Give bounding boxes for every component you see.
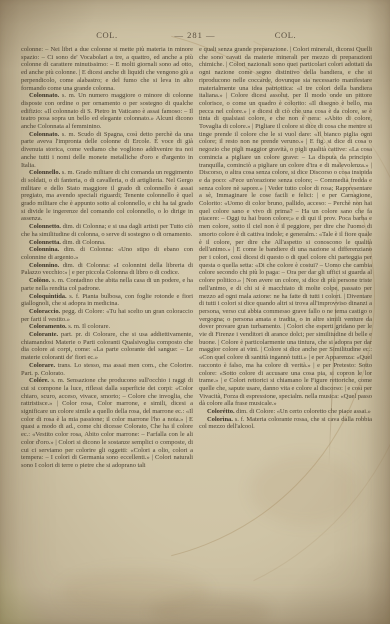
page-header: COL. — 281 — COL. xyxy=(0,30,390,42)
dictionary-entry: Colonnello. s. m. Grado militare di chi … xyxy=(21,169,193,223)
dictionary-entry: Coloramento. s. m. Il colorare. xyxy=(21,323,193,331)
dictionary-entry: Coloquìntida. s. f. Pianta bulbosa, con … xyxy=(21,293,193,308)
left-text-column: colonne: – Nei libri a due colonne si me… xyxy=(21,46,193,470)
dictionary-entry: Coloraccio. pegg. di Colore: «Tu hai sce… xyxy=(21,308,193,323)
dictionary-entry: Colonnina. dim. di Colonna: «Uno stipo d… xyxy=(21,246,193,261)
dictionary-entry: Colorare. trans. Lo stesso, ma assai men… xyxy=(21,362,193,377)
dictionary-entry: Colorìna. s. f. Materia colorante rossa,… xyxy=(199,416,372,431)
dictionary-entry: e quali senza grande preparazione. | Col… xyxy=(199,46,372,408)
dictionary-entry: Colorétto. dim. di Colore: «Un certo col… xyxy=(199,408,372,416)
entry-headword: Colorare. xyxy=(29,362,58,369)
entry-headword: Coloraccio. xyxy=(29,308,62,315)
entry-headword: Colonnina. xyxy=(29,246,64,253)
scanned-dictionary-page: COL. — 281 — COL. colonne: – Nei libri a… xyxy=(0,0,390,624)
dictionary-entry: Colòno. s. m. Contadino che abita nella … xyxy=(21,277,193,292)
entry-headword: Colonnato. xyxy=(29,92,62,99)
dictionary-entry: colonne: – Nei libri a due colonne si me… xyxy=(21,46,193,92)
entry-headword: Colonnino. xyxy=(29,262,63,269)
dictionary-entry: Colonnetto. dim. di Colonna; e si usa da… xyxy=(21,223,193,238)
entry-headword: Coloramento. xyxy=(29,323,68,330)
entry-headword: Colonnetto. xyxy=(29,223,63,230)
entry-headword: Colorìna. xyxy=(207,416,235,423)
entry-headword: Colorétto. xyxy=(207,408,236,415)
entry-headword: Colóre. xyxy=(29,377,51,384)
entry-headword: Colonnello. xyxy=(29,169,62,176)
paper-stain xyxy=(250,455,360,525)
dictionary-entry: Colonnato. s. m. Scudo di Spagna, così d… xyxy=(21,131,193,170)
dictionary-entry: Colóre. s. m. Sensazione che producono s… xyxy=(21,377,193,469)
entry-headword: Colorante. xyxy=(29,331,61,338)
entry-headword: Coloquìntida. xyxy=(29,293,69,300)
dictionary-entry: Colonnetta. dim. di Colonna. xyxy=(21,239,193,247)
entry-headword: Colonnato. xyxy=(29,131,62,138)
paper-stain xyxy=(60,570,210,615)
dictionary-entry: Colorante. part. pr. di Colorare, che si… xyxy=(21,331,193,362)
entry-headword: Colòno. xyxy=(29,277,52,284)
entry-headword: Colonnetta. xyxy=(29,239,62,246)
paper-stain xyxy=(150,595,270,624)
dictionary-entry: Colonnino. dim. di Colonna: «I colonnini… xyxy=(21,262,193,277)
right-text-column: e quali senza grande preparazione. | Col… xyxy=(199,46,372,431)
dictionary-entry: Colonnato. s. m. Un numero maggiore o mi… xyxy=(21,92,193,131)
running-title-right: COL. xyxy=(199,30,372,40)
